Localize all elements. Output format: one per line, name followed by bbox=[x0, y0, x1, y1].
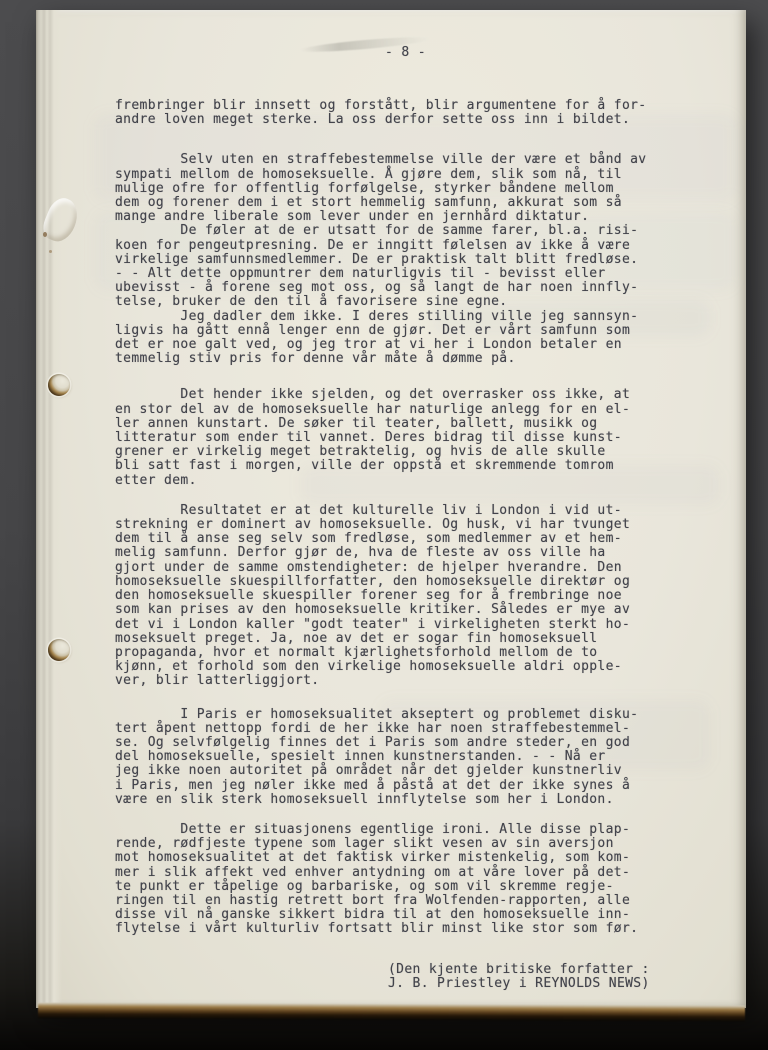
paragraph: Dette er situasjonens egentlige ironi. A… bbox=[115, 823, 701, 937]
punch-hole bbox=[48, 374, 70, 396]
attribution: (Den kjente britiske forfatter : J. B. P… bbox=[388, 963, 701, 991]
paragraph: I Paris er homoseksualitet akseptert og … bbox=[115, 708, 701, 807]
punch-hole bbox=[48, 639, 70, 661]
paragraph: Selv uten en straffebestemmelse ville de… bbox=[115, 153, 701, 366]
paper-sheet: - 8 - frembringer blir innsett og forstå… bbox=[36, 10, 746, 1008]
paper-speck bbox=[43, 232, 47, 237]
page-stack-left-edge bbox=[36, 10, 62, 1008]
paper-speck bbox=[49, 250, 52, 253]
paragraph-continuation: frembringer blir innsett og forstått, bl… bbox=[115, 99, 701, 127]
paragraph: Resultatet er at det kulturelle liv i Lo… bbox=[115, 504, 701, 689]
page-stack-bottom-edge bbox=[38, 1002, 745, 1021]
scanned-document-scene: - 8 - frembringer blir innsett og forstå… bbox=[0, 0, 768, 1050]
paragraph: Det hender ikke sjelden, og det overrask… bbox=[115, 388, 701, 487]
document-body: frembringer blir innsett og forstått, bl… bbox=[115, 99, 701, 991]
page-number: - 8 - bbox=[385, 45, 426, 60]
